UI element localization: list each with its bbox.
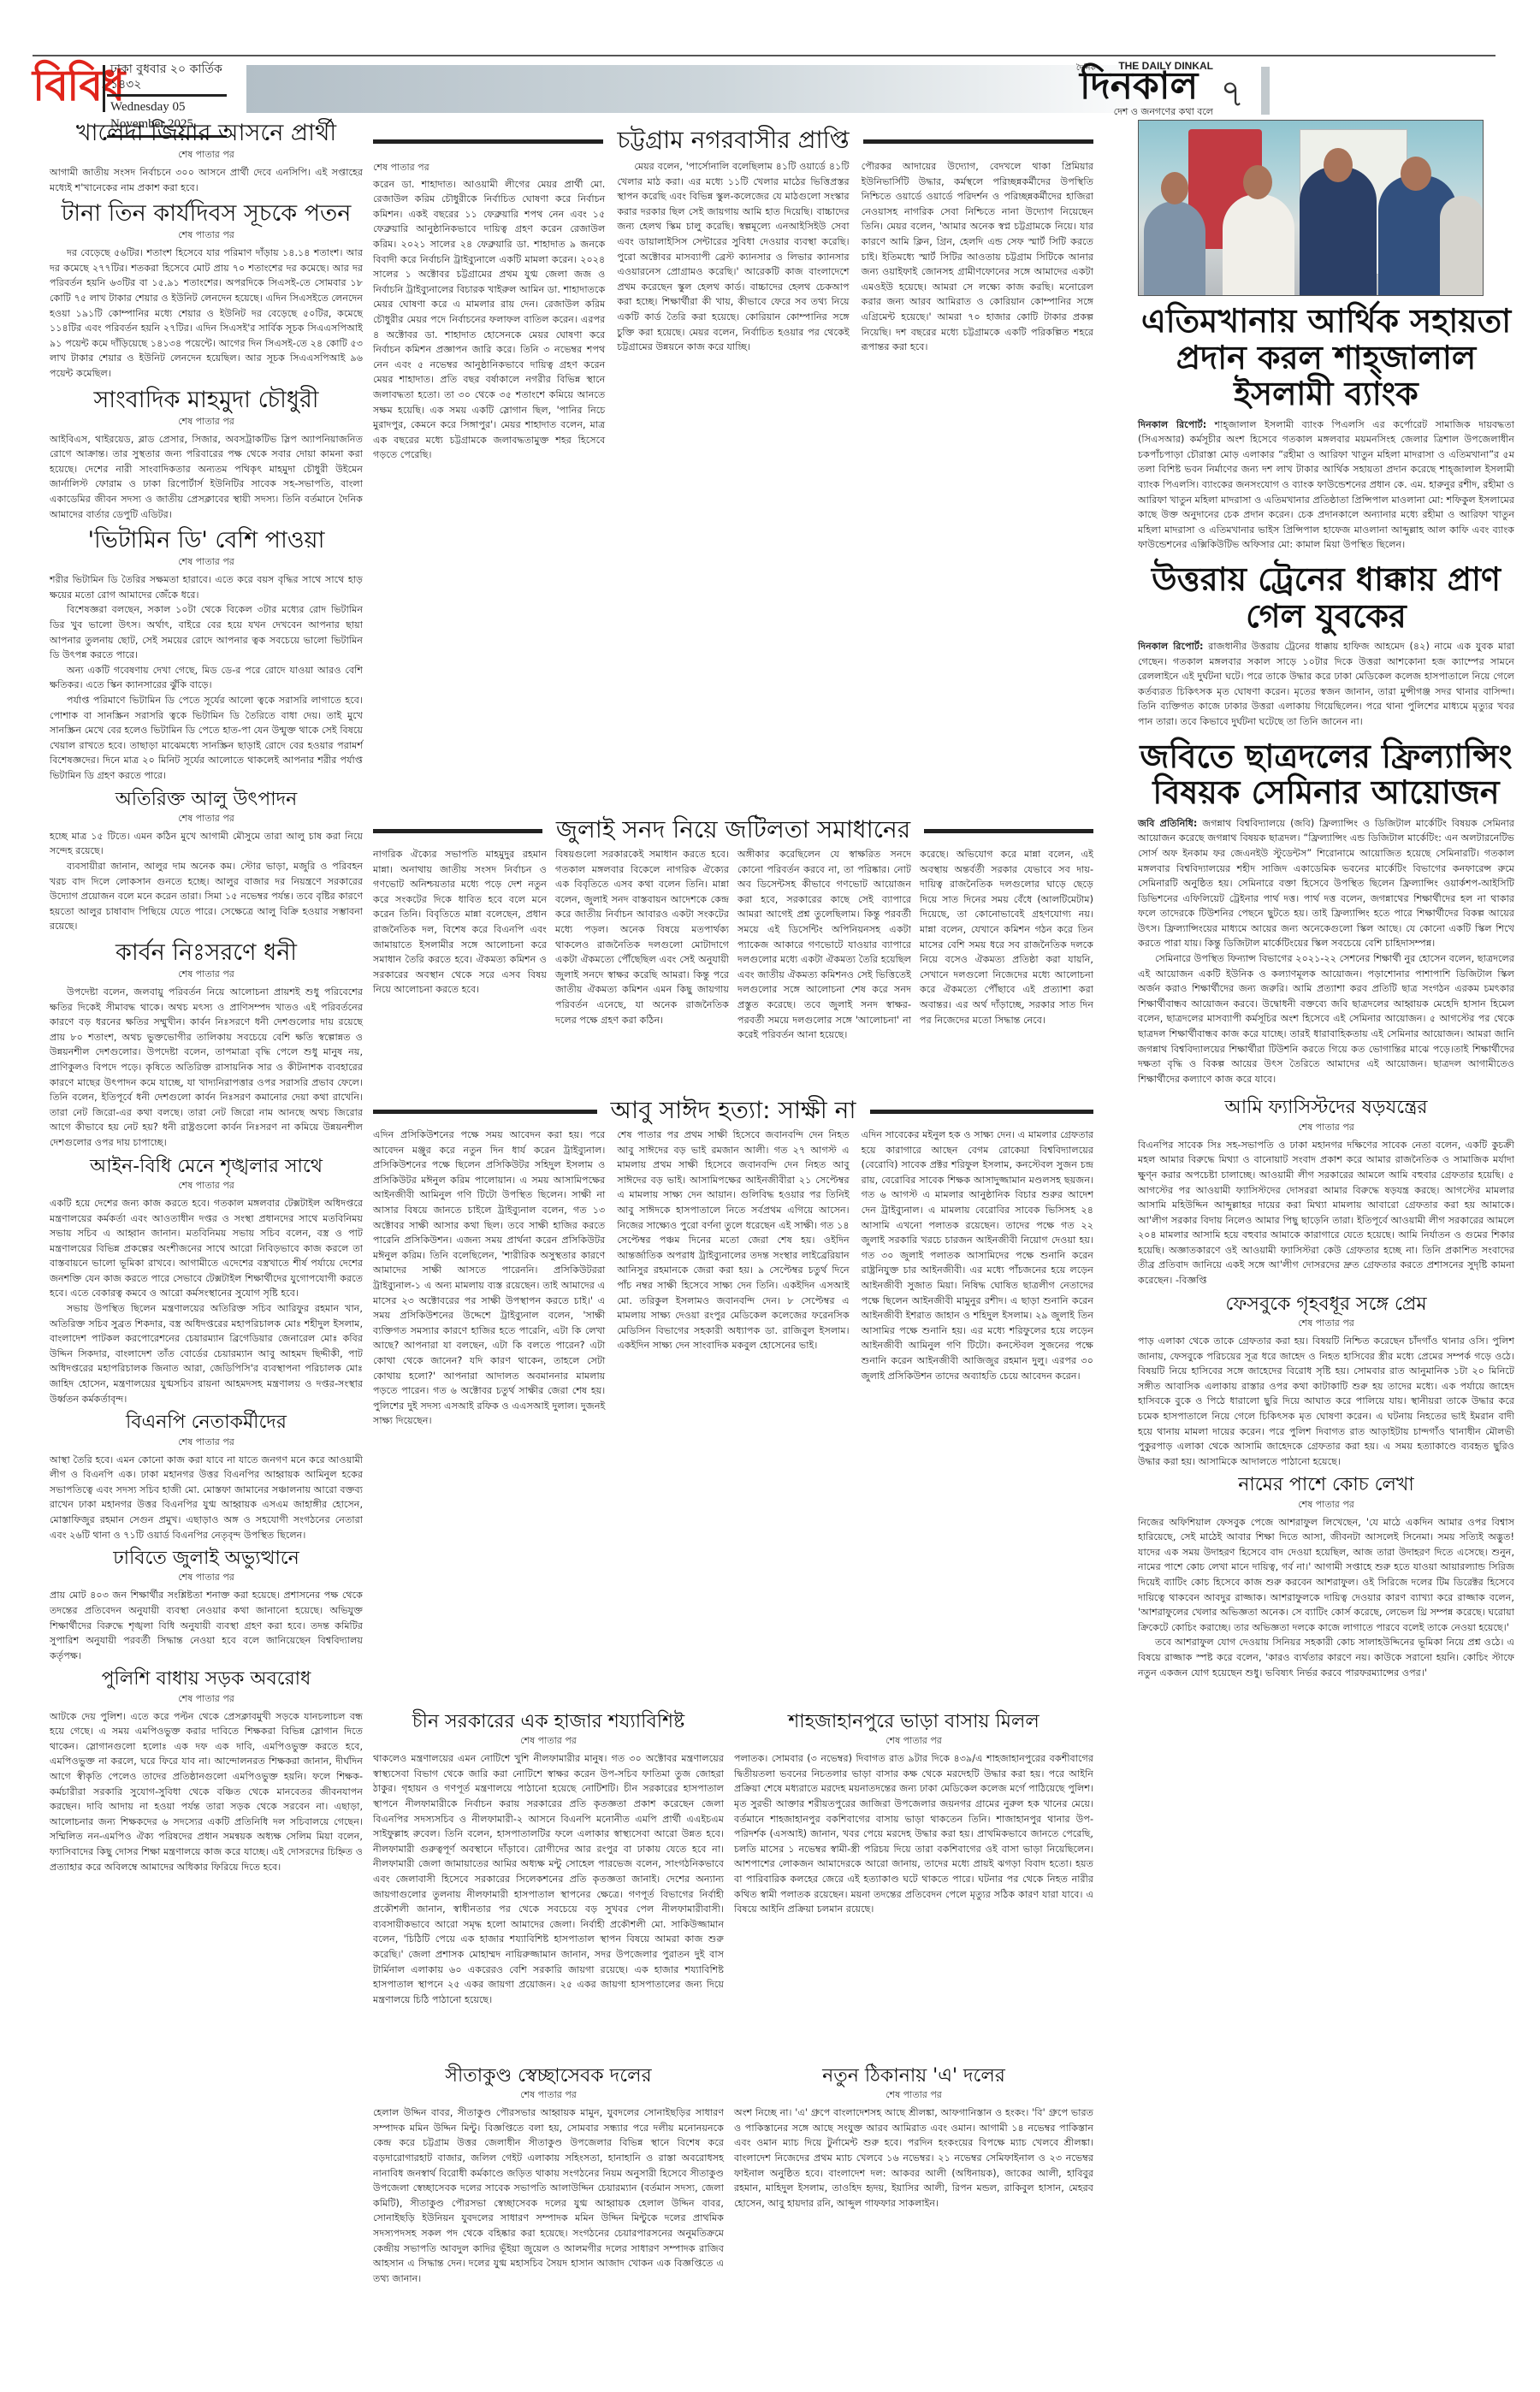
story-body: পাড় এলাকা থেকে তাকে গ্রেফতার করা হয়। ব… [1138, 1334, 1514, 1469]
jump-label: শেষ পাতার পর [50, 967, 363, 983]
story-body: হেলাল উদ্দিন বাবর, সীতাকুণ্ড পৌরসভার আহ্… [373, 2105, 724, 2286]
paragraph: শরীর ভিটামিন ডি তৈরির সক্ষমতা হারাবে। এত… [50, 572, 363, 602]
story-headline: কার্বন নিঃসরণে ধনী [50, 939, 363, 966]
photo-person [1300, 167, 1377, 295]
chattogram-headline-banner: চট্টগ্রাম নগরবাসীর প্রাপ্তি [373, 121, 1093, 162]
story-headline: নামের পাশে কোচ লেখা [1138, 1474, 1514, 1495]
story-body: অংশ নিচ্ছে না। 'এ' গ্রুপে বাংলাদেশসহ আছে… [734, 2105, 1093, 2211]
story-body: আগামী জাতীয় সংসদ নির্বাচনে ৩০০ আসনে প্র… [50, 165, 363, 195]
story-headline: আমি ফ্যাসিস্টদের ষড়যন্ত্রের [1138, 1097, 1514, 1118]
story-headline: জবিতে ছাত্রদলের ফ্রিল্যান্সিং বিষয়ক সেম… [1138, 738, 1514, 811]
story-column: অঙ্গীকার করেছিলেন যে স্বাক্ষরিত সনদে কোন… [737, 847, 911, 1043]
section-divider [103, 65, 105, 112]
story-headline: সাংবাদিক মাহমুদা চৌধুরী [50, 387, 363, 413]
jump-label: শেষ পাতার পর [50, 147, 363, 163]
headline-rule [373, 829, 542, 833]
train-story: উত্তরায় ট্রেনের ধাক্কায় প্রাণ গেল যুবক… [1138, 561, 1514, 730]
photo-person [1223, 194, 1294, 295]
story-body: আস্থা তৈরি হবে। এমন কোনো কাজ করা যাবে না… [50, 1453, 363, 1543]
story-carbon: কার্বন নিঃসরণে ধনী শেষ পাতার পর উপদেষ্টা… [50, 939, 363, 1151]
story-column: শেষ পাতার পর প্রথম সাক্ষী হিসেবে জবানবন্… [617, 1128, 849, 1429]
headline-rule [373, 139, 603, 144]
byline: জবি প্রতিনিধি: [1138, 818, 1197, 829]
page-number: ৭ [1220, 65, 1245, 127]
page-number-band [1261, 67, 1270, 115]
story-column: করেছে। অভিযোগ করে মান্না বলেন, এই অবস্থা… [920, 847, 1093, 1043]
paragraph: পৌরকর আদায়ের উদ্যোগ, বেদখলে থাকা প্রিমি… [862, 159, 1093, 355]
story-headline: আইন-বিধি মেনে শৃঙ্খলার সাথে [50, 1156, 363, 1177]
story-body: নিজের অফিশিয়াল ফেসবুক পেজে আশরাফুল লিখে… [1138, 1515, 1514, 1681]
jump-label: শেষ পাতার পর [1138, 1316, 1514, 1332]
photo-person-head [1161, 172, 1188, 204]
story-du-july: ঢাবিতে জুলাই অভ্যুত্থানে শেষ পাতার পর প্… [50, 1548, 363, 1663]
paragraph: করেছে। অভিযোগ করে মান্না বলেন, এই অবস্থা… [920, 847, 1093, 1027]
date-bengali: ঢাকা বুধবার ২০ কার্তিক ১৪৩২ [107, 62, 227, 92]
photo-person [1144, 201, 1205, 295]
story-headline: ঢাবিতে জুলাই অভ্যুত্থানে [50, 1548, 363, 1569]
byline: দিনকাল রিপোর্ট: [1138, 641, 1203, 652]
headline-rule [863, 139, 1093, 144]
photo-person [1440, 196, 1484, 295]
brand-bengali-name: দিনকাল [1080, 67, 1198, 106]
new-address-story: নতুন ঠিকানায় 'এ' দলের শেষ পাতার পর অংশ … [734, 2062, 1093, 2211]
news-photo [1138, 120, 1484, 296]
story-body: দিনকাল রিপোর্ট: রাজধানীর উত্তরায় ট্রেনে… [1138, 639, 1514, 730]
story-body: দর বেড়েছে ৫৬টির। শতাংশ হিসেবে যার পরিমা… [50, 246, 363, 381]
story-headline: সীতাকুণ্ড স্বেচ্ছাসেবক দলের [373, 2065, 724, 2087]
story-khaleda: খালেদা জিয়ার আসনে প্রার্থী শেষ পাতার পর… [50, 120, 363, 195]
paragraph: দর বেড়েছে ৫৬টির। শতাংশ হিসেবে যার পরিমা… [50, 246, 363, 381]
story-headline: 'ভিটামিন ডি' বেশি পাওয়া [50, 527, 363, 554]
paragraph: শাহ্জালাল ইসলামী ব্যাংক পিএলসি এর কর্পোর… [1138, 419, 1514, 551]
paragraph: জগন্নাথ বিশ্ববিদ্যালয়ে (জবি) ফ্রিল্যান্… [1138, 818, 1514, 950]
story-headline: চীন সরকারের এক হাজার শয্যাবিশিষ্ট [373, 1711, 724, 1732]
brand-tagline: দেশ ও জনগণের কথা বলে [1114, 104, 1213, 121]
story-column: মেয়র বলেন, 'পার্সোনালি বলেছিলাম ৪১টি ওয… [617, 159, 849, 463]
jump-label: শেষ পাতার পর [50, 1178, 363, 1194]
paragraph: একটি হয়ে দেশের জন্য কাজ করতে হবে। গতকাল… [50, 1196, 363, 1301]
story-stock-index: টানা তিন কার্যদিবস সূচকে পতন শেষ পাতার প… [50, 200, 363, 381]
story-potato: অতিরিক্ত আলু উৎপাদন শেষ পাতার পর হচ্ছে ম… [50, 789, 363, 934]
abu-sayeed-headline-banner: আবু সাঈদ হত্যা: সাক্ষী না [373, 1092, 1093, 1132]
paragraph: বিশেষজ্ঞরা বলছেন, সকাল ১০টা থেকে বিকেল ৩… [50, 602, 363, 662]
jump-label: শেষ পাতার পর [373, 160, 605, 175]
story-journalist: সাংবাদিক মাহমুদা চৌধুরী শেষ পাতার পর আইব… [50, 387, 363, 523]
jump-label: শেষ পাতার পর [50, 554, 363, 571]
jump-label: শেষ পাতার পর [50, 1691, 363, 1708]
story-body: শরীর ভিটামিন ডি তৈরির সক্ষমতা হারাবে। এত… [50, 572, 363, 783]
paragraph: হচ্ছে মাত্র ১৫ টিতে। এমন কঠিন মুখে আগামী… [50, 829, 363, 859]
story-body: দিনকাল রিপোর্ট: শাহ্জালাল ইসলামী ব্যাংক … [1138, 417, 1514, 553]
facebook-story: ফেসবুকে গৃহবধূর সঙ্গে প্রেম শেষ পাতার পর… [1138, 1294, 1514, 1470]
paragraph: পর্যাপ্ত পরিমাণে ভিটামিন ডি পেতে সূর্যের… [50, 693, 363, 784]
story-column: পৌরকর আদায়ের উদ্যোগ, বেদখলে থাকা প্রিমি… [862, 159, 1093, 463]
headline-rule [870, 1110, 1094, 1114]
date-rule [107, 94, 227, 97]
story-body: উপদেষ্টা বলেন, জলবায়ু পরিবর্তন নিয়ে আল… [50, 985, 363, 1151]
paragraph: নাগরিক ঐক্যের সভাপতি মাহমুদুর রহমান মান্… [373, 847, 547, 998]
paragraph: ব্যবসায়ীরা জানান, আলুর দাম অনেক কম। স্ট… [50, 859, 363, 934]
paragraph: সেমিনারে উপস্থিত ফিন্যান্স বিভাগের ২০২১-… [1138, 951, 1514, 1086]
story-column: এদিন সাবেকের মইনুল হক ও সাক্ষ্য দেন। এ ম… [862, 1128, 1093, 1429]
story-headline: নতুন ঠিকানায় 'এ' দলের [734, 2065, 1093, 2087]
july-charter-headline-banner: জুলাই সনদ নিয়ে জটিলতা সমাধানের [373, 811, 1093, 851]
paragraph: সভায় উপস্থিত ছিলেন মন্ত্রণালয়ের অতিরিক… [50, 1301, 363, 1406]
story-body: জবি প্রতিনিধি: জগন্নাথ বিশ্ববিদ্যালয়ে (… [1138, 816, 1514, 1087]
paragraph: শেষ পাতার পর প্রথম সাক্ষী হিসেবে জবানবন্… [617, 1128, 849, 1353]
story-body: প্রায় মোট ৪০৩ জন শিক্ষার্থীর সংশ্লিষ্টত… [50, 1588, 363, 1663]
story-body: আইবিএস, থাইরয়েড, ব্লাড প্রেসার, সিজার, … [50, 432, 363, 523]
jump-label: শেষ পাতার পর [50, 228, 363, 244]
jump-label: শেষ পাতার পর [50, 1570, 363, 1586]
chattogram-story: শেষ পাতার পর করেন ডা. শাহাদাত। আওয়ামী ল… [373, 159, 1093, 463]
story-headline: আবু সাঈদ হত্যা: সাক্ষী না [597, 1092, 870, 1132]
story-headline: শাহজাহানপুরে ভাড়া বাসায় মিলল [734, 1711, 1093, 1732]
jump-label: শেষ পাতার পর [1138, 1120, 1514, 1136]
paragraph: বিষয়গুলো সরকারকেই সমাধান করতে হবে। গতকা… [555, 847, 729, 1027]
photo-person-head [1401, 157, 1431, 191]
story-body: বিএনপির সাবেক সিঃ সহ-সভাপতি ও ঢাকা মহানগ… [1138, 1138, 1514, 1288]
story-police-blockade: পুলিশি বাধায় সড়ক অবরোধ শেষ পাতার পর আট… [50, 1668, 363, 1874]
story-headline: জুলাই সনদ নিয়ে জটিলতা সমাধানের [542, 811, 924, 851]
july-charter-story: নাগরিক ঐক্যের সভাপতি মাহমুদুর রহমান মান্… [373, 847, 1093, 1043]
story-headline: পুলিশি বাধায় সড়ক অবরোধ [50, 1668, 363, 1690]
story-body: হচ্ছে মাত্র ১৫ টিতে। এমন কঠিন মুখে আগামী… [50, 829, 363, 934]
jump-label: শেষ পাতার পর [1138, 1497, 1514, 1513]
jump-label: শেষ পাতার পর [373, 1733, 724, 1750]
story-column: নাগরিক ঐক্যের সভাপতি মাহমুদুর রহমান মান্… [373, 847, 547, 1043]
masthead: বিবিধ ঢাকা বুধবার ২০ কার্তিক ১৪৩২ Wednes… [33, 56, 1538, 116]
paragraph: তবে আশরাফুল যোগ দেওয়ায় সিনিয়র সহকারী … [1138, 1635, 1514, 1680]
newspaper-logo: দৈনিক THE DAILY DINKAL দিনকাল দেশ ও জনগণ… [1076, 58, 1213, 116]
jump-label: শেষ পাতার পর [734, 2087, 1093, 2104]
story-body: পলাতক। সোমবার (৩ নভেম্বর) দিবাগত রাত ৯টা… [734, 1751, 1093, 1917]
story-bnp: বিএনপি নেতাকর্মীদের শেষ পাতার পর আস্থা ত… [50, 1412, 363, 1542]
paragraph: উপদেষ্টা বলেন, জলবায়ু পরিবর্তন নিয়ে আল… [50, 985, 363, 1151]
orphanage-story: এতিমখানায় আর্থিক সহায়তা প্রদান করল শাহ… [1138, 303, 1514, 553]
abu-sayeed-story: এদিন প্রসিকিউশনের পক্ষে সময় আবেদন করা হ… [373, 1128, 1093, 1429]
story-body: আটকে দেয় পুলিশ। এতে করে পল্টন থেকে প্রে… [50, 1709, 363, 1875]
story-body: একটি হয়ে দেশের জন্য কাজ করতে হবে। গতকাল… [50, 1196, 363, 1406]
photo-person-head [1243, 165, 1272, 199]
paragraph: নিজের অফিশিয়াল ফেসবুক পেজে আশরাফুল লিখে… [1138, 1515, 1514, 1636]
story-headline: অতিরিক্ত আলু উৎপাদন [50, 789, 363, 810]
paragraph: করেন ডা. শাহাদাত। আওয়ামী লীগের মেয়র প্… [373, 177, 605, 463]
jump-label: শেষ পাতার পর [734, 1733, 1093, 1750]
jump-label: শেষ পাতার পর [50, 1435, 363, 1451]
jump-label: শেষ পাতার পর [373, 2087, 724, 2104]
story-body: থাকলেও মন্ত্রণালয়ের এমন নোটিশে খুশি নীল… [373, 1751, 724, 2007]
jump-label: শেষ পাতার পর [50, 811, 363, 827]
headline-rule [924, 829, 1093, 833]
china-hospital-story: চীন সরকারের এক হাজার শয্যাবিশিষ্ট শেষ পা… [373, 1708, 724, 2007]
shahjahanpur-story: শাহজাহানপুরে ভাড়া বাসায় মিলল শেষ পাতার… [734, 1708, 1093, 1917]
headline-rule [373, 1110, 597, 1114]
story-headline: এতিমখানায় আর্থিক সহায়তা প্রদান করল শাহ… [1138, 303, 1514, 412]
byline: দিনকাল রিপোর্ট: [1138, 419, 1206, 430]
left-column-jump-stories: খালেদা জিয়ার আসনে প্রার্থী শেষ পাতার পর… [50, 120, 363, 1880]
paragraph: মেয়র বলেন, 'পার্সোনালি বলেছিলাম ৪১টি ওয… [617, 159, 849, 355]
paragraph: অন্য একটি গবেষণায় দেখা গেছে, মিড ডে-র প… [50, 663, 363, 693]
story-headline: উত্তরায় ট্রেনের ধাক্কায় প্রাণ গেল যুবক… [1138, 561, 1514, 634]
story-headline: চট্টগ্রাম নগরবাসীর প্রাপ্তি [603, 121, 862, 162]
story-column: শেষ পাতার পর করেন ডা. শাহাদাত। আওয়ামী ল… [373, 159, 605, 463]
story-textile: আইন-বিধি মেনে শৃঙ্খলার সাথে শেষ পাতার পর… [50, 1156, 363, 1407]
jump-label: শেষ পাতার পর [50, 414, 363, 430]
story-column: এদিন প্রসিকিউশনের পক্ষে সময় আবেদন করা হ… [373, 1128, 605, 1429]
story-vitamin-d: 'ভিটামিন ডি' বেশি পাওয়া শেষ পাতার পর শর… [50, 527, 363, 783]
story-headline: খালেদা জিয়ার আসনে প্রার্থী [50, 120, 363, 146]
photo-person-head [1324, 148, 1353, 182]
paragraph: রাজধানীর উত্তরায় ট্রেনের ধাক্কায় হাফিজ… [1138, 641, 1514, 727]
sitakunda-story: সীতাকুণ্ড স্বেচ্ছাসেবক দলের শেষ পাতার পর… [373, 2062, 724, 2286]
fascist-story: আমি ফ্যাসিস্টদের ষড়যন্ত্রের শেষ পাতার প… [1138, 1097, 1514, 1288]
paragraph: এদিন প্রসিকিউশনের পক্ষে সময় আবেদন করা হ… [373, 1128, 605, 1429]
paragraph: অঙ্গীকার করেছিলেন যে স্বাক্ষরিত সনদে কোন… [737, 847, 911, 1043]
story-column: বিষয়গুলো সরকারকেই সমাধান করতে হবে। গতকা… [555, 847, 729, 1043]
story-headline: ফেসবুকে গৃহবধূর সঙ্গে প্রেম [1138, 1294, 1514, 1315]
coach-story: নামের পাশে কোচ লেখা শেষ পাতার পর নিজের অ… [1138, 1474, 1514, 1680]
story-headline: বিএনপি নেতাকর্মীদের [50, 1412, 363, 1433]
paragraph: এদিন সাবেকের মইনুল হক ও সাক্ষ্য দেন। এ ম… [862, 1128, 1093, 1383]
right-column: এতিমখানায় আর্থিক সহায়তা প্রদান করল শাহ… [1138, 120, 1514, 1680]
story-headline: টানা তিন কার্যদিবস সূচকে পতন [50, 200, 363, 227]
jobi-seminar-story: জবিতে ছাত্রদলের ফ্রিল্যান্সিং বিষয়ক সেম… [1138, 738, 1514, 1087]
